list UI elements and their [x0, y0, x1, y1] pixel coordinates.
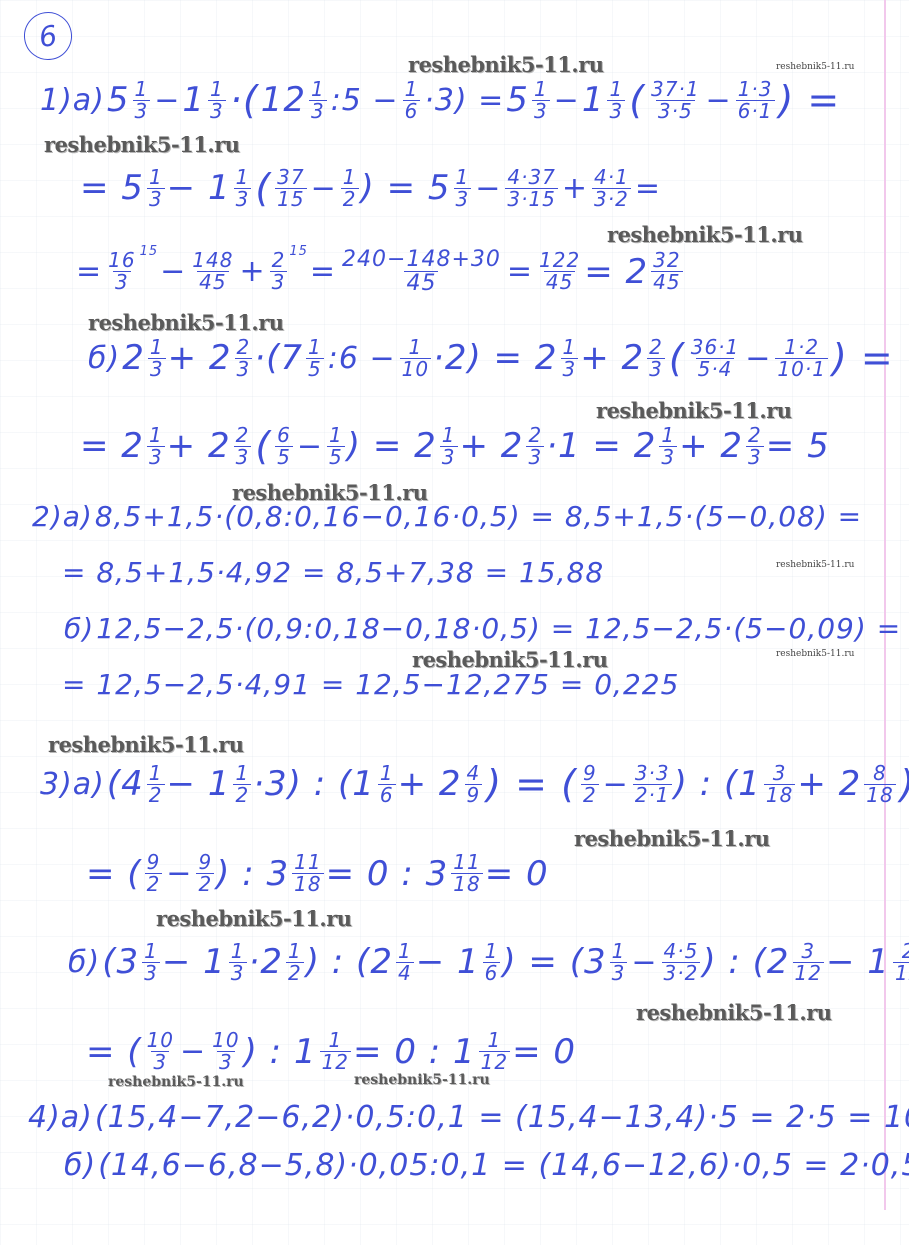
- fraction: 13: [208, 79, 226, 122]
- fraction: 23: [235, 337, 253, 380]
- problem-label: б): [68, 945, 100, 980]
- watermark-text: reshebnik5-11.ru: [776, 62, 854, 72]
- fraction: 312: [793, 941, 824, 984]
- fraction: 13: [610, 941, 628, 984]
- fraction: 1118: [451, 852, 482, 895]
- fraction: 13: [234, 167, 252, 210]
- watermark-text: reshebnik5-11.ru: [108, 1074, 244, 1090]
- fraction: 16: [483, 941, 501, 984]
- page-margin-line: [884, 0, 886, 1210]
- fraction: 15: [327, 425, 345, 468]
- fraction: 13: [607, 79, 625, 122]
- problem-2a-line-2: = 8,5+1,5·4,92 = 8,5+7,38 = 15,88: [62, 556, 604, 589]
- fraction: 13: [133, 79, 151, 122]
- fraction: 23: [270, 250, 288, 293]
- fraction: 13: [142, 941, 160, 984]
- problem-label: 4)а): [28, 1100, 93, 1135]
- fraction: 12245: [537, 250, 582, 293]
- fraction: 14845: [190, 250, 235, 293]
- fraction: 1118: [292, 852, 323, 895]
- fraction: 3715: [275, 167, 306, 210]
- fraction: 13: [532, 79, 550, 122]
- watermark-text: reshebnik5-11.ru: [636, 1000, 832, 1025]
- fraction: 12: [233, 763, 251, 806]
- fraction: 13: [454, 167, 472, 210]
- watermark-text: reshebnik5-11.ru: [408, 52, 604, 77]
- fraction: 3·32·1: [633, 763, 672, 806]
- problem-label: 1)а): [40, 83, 105, 118]
- fraction: 13: [147, 425, 165, 468]
- problem-1a-line-2: = 5 13 − 1 13 ( 3715 − 12 ) = 5 13 − 4·3…: [80, 166, 663, 210]
- fraction: 13: [440, 425, 458, 468]
- watermark-text: reshebnik5-11.ru: [596, 398, 792, 423]
- fraction: 92: [581, 763, 599, 806]
- fraction: 16: [403, 79, 421, 122]
- fraction: 23: [234, 425, 252, 468]
- fraction: 818: [864, 763, 895, 806]
- problem-3b-line-2: = ( 103 − 103 ) : 1 112 = 0 : 1 112 = 0: [86, 1030, 577, 1073]
- watermark-text: reshebnik5-11.ru: [48, 732, 244, 757]
- fraction: 92: [196, 852, 214, 895]
- problem-3b-line-1: б) (3 13 − 1 13 ·2 12 ) : (2 14 − 1 16 )…: [66, 940, 909, 984]
- fraction: 12: [341, 167, 359, 210]
- problem-4b-line-1: б) (14,6−6,8−5,8)·0,05:0,1 = (14,6−12,6)…: [62, 1148, 909, 1183]
- fraction: 318: [764, 763, 795, 806]
- fraction: 12: [147, 763, 165, 806]
- fraction: 13: [309, 79, 327, 122]
- fraction: 12: [286, 941, 304, 984]
- fraction: 240−148+3045: [340, 248, 503, 295]
- fraction: 16: [378, 763, 396, 806]
- watermark-text: reshebnik5-11.ru: [156, 906, 352, 931]
- fraction: 212: [893, 941, 909, 984]
- fraction: 4·13·2: [592, 167, 631, 210]
- fraction: 4·53·2: [662, 941, 701, 984]
- fraction: 13: [147, 167, 165, 210]
- problem-3a-line-2: = ( 92 − 92 ) : 3 1118 = 0 : 3 1118 = 0: [86, 852, 550, 895]
- fraction: 13: [659, 425, 677, 468]
- problem-3a-line-1: 3)а) (4 12 − 1 12 ·3) : (1 16 + 2 49 ) =…: [38, 762, 909, 806]
- fraction: 103: [145, 1030, 176, 1073]
- fraction: 65: [275, 425, 293, 468]
- fraction: 23: [746, 425, 764, 468]
- problem-label: 2)а): [32, 500, 93, 533]
- watermark-text: reshebnik5-11.ru: [88, 310, 284, 335]
- fraction: 103: [210, 1030, 241, 1073]
- task-number-circle: 6: [21, 9, 75, 63]
- problem-label: 3)а): [40, 767, 105, 802]
- fraction: 15: [306, 337, 324, 380]
- problem-1a-line-1: 1)а) 5 13 − 1 13 ·( 12 13 :5 − 16 ·3) = …: [38, 78, 842, 122]
- fraction: 92: [145, 852, 163, 895]
- fraction: 23: [526, 425, 544, 468]
- problem-1b-line-2: = 2 13 + 2 23 ( 65 − 15 ) = 2 13 + 2 23 …: [80, 424, 831, 468]
- problem-2b-line-1: б) 12,5−2,5·(0,9:0,18−0,18·0,5) = 12,5−2…: [62, 612, 901, 645]
- problem-1b-line-1: б) 2 13 + 2 23 ·(7 15 :6 − 110 ·2) = 2 1…: [86, 336, 896, 380]
- watermark-text: reshebnik5-11.ru: [776, 649, 854, 659]
- fraction: 163: [106, 250, 137, 293]
- fraction: 49: [465, 763, 483, 806]
- problem-label: б): [64, 612, 94, 645]
- fraction: 4·373·15: [505, 167, 558, 210]
- problem-4a-line-1: 4)а) (15,4−7,2−6,2)·0,5:0,1 = (15,4−13,4…: [26, 1100, 909, 1135]
- fraction: 110: [400, 337, 431, 380]
- fraction: 23: [647, 337, 665, 380]
- problem-2a-line-1: 2)а) 8,5+1,5·(0,8:0,16−0,16·0,5) = 8,5+1…: [30, 500, 862, 533]
- problem-2b-line-2: = 12,5−2,5·4,91 = 12,5−12,275 = 0,225: [62, 668, 679, 701]
- problem-label: б): [64, 1148, 96, 1183]
- watermark-text: reshebnik5-11.ru: [574, 826, 770, 851]
- watermark-text: reshebnik5-11.ru: [354, 1072, 490, 1088]
- fraction: 36·15·4: [689, 337, 742, 380]
- watermark-text: reshebnik5-11.ru: [44, 132, 240, 157]
- problem-label: б): [88, 341, 120, 376]
- problem-1a-line-3: = 163 15 − 14845 + 23 15 = 240−148+3045 …: [74, 248, 685, 295]
- fraction: 1·36·1: [736, 79, 775, 122]
- fraction: 13: [229, 941, 247, 984]
- fraction: 13: [148, 337, 166, 380]
- watermark-text: reshebnik5-11.ru: [607, 222, 803, 247]
- task-number: 6: [37, 18, 59, 53]
- fraction: 14: [396, 941, 414, 984]
- fraction: 112: [320, 1030, 351, 1073]
- fraction: 13: [561, 337, 579, 380]
- fraction: 1·210·1: [775, 337, 828, 380]
- fraction: 37·13·5: [649, 79, 702, 122]
- fraction: 112: [479, 1030, 510, 1073]
- fraction: 3245: [651, 250, 682, 293]
- watermark-text: reshebnik5-11.ru: [776, 560, 854, 570]
